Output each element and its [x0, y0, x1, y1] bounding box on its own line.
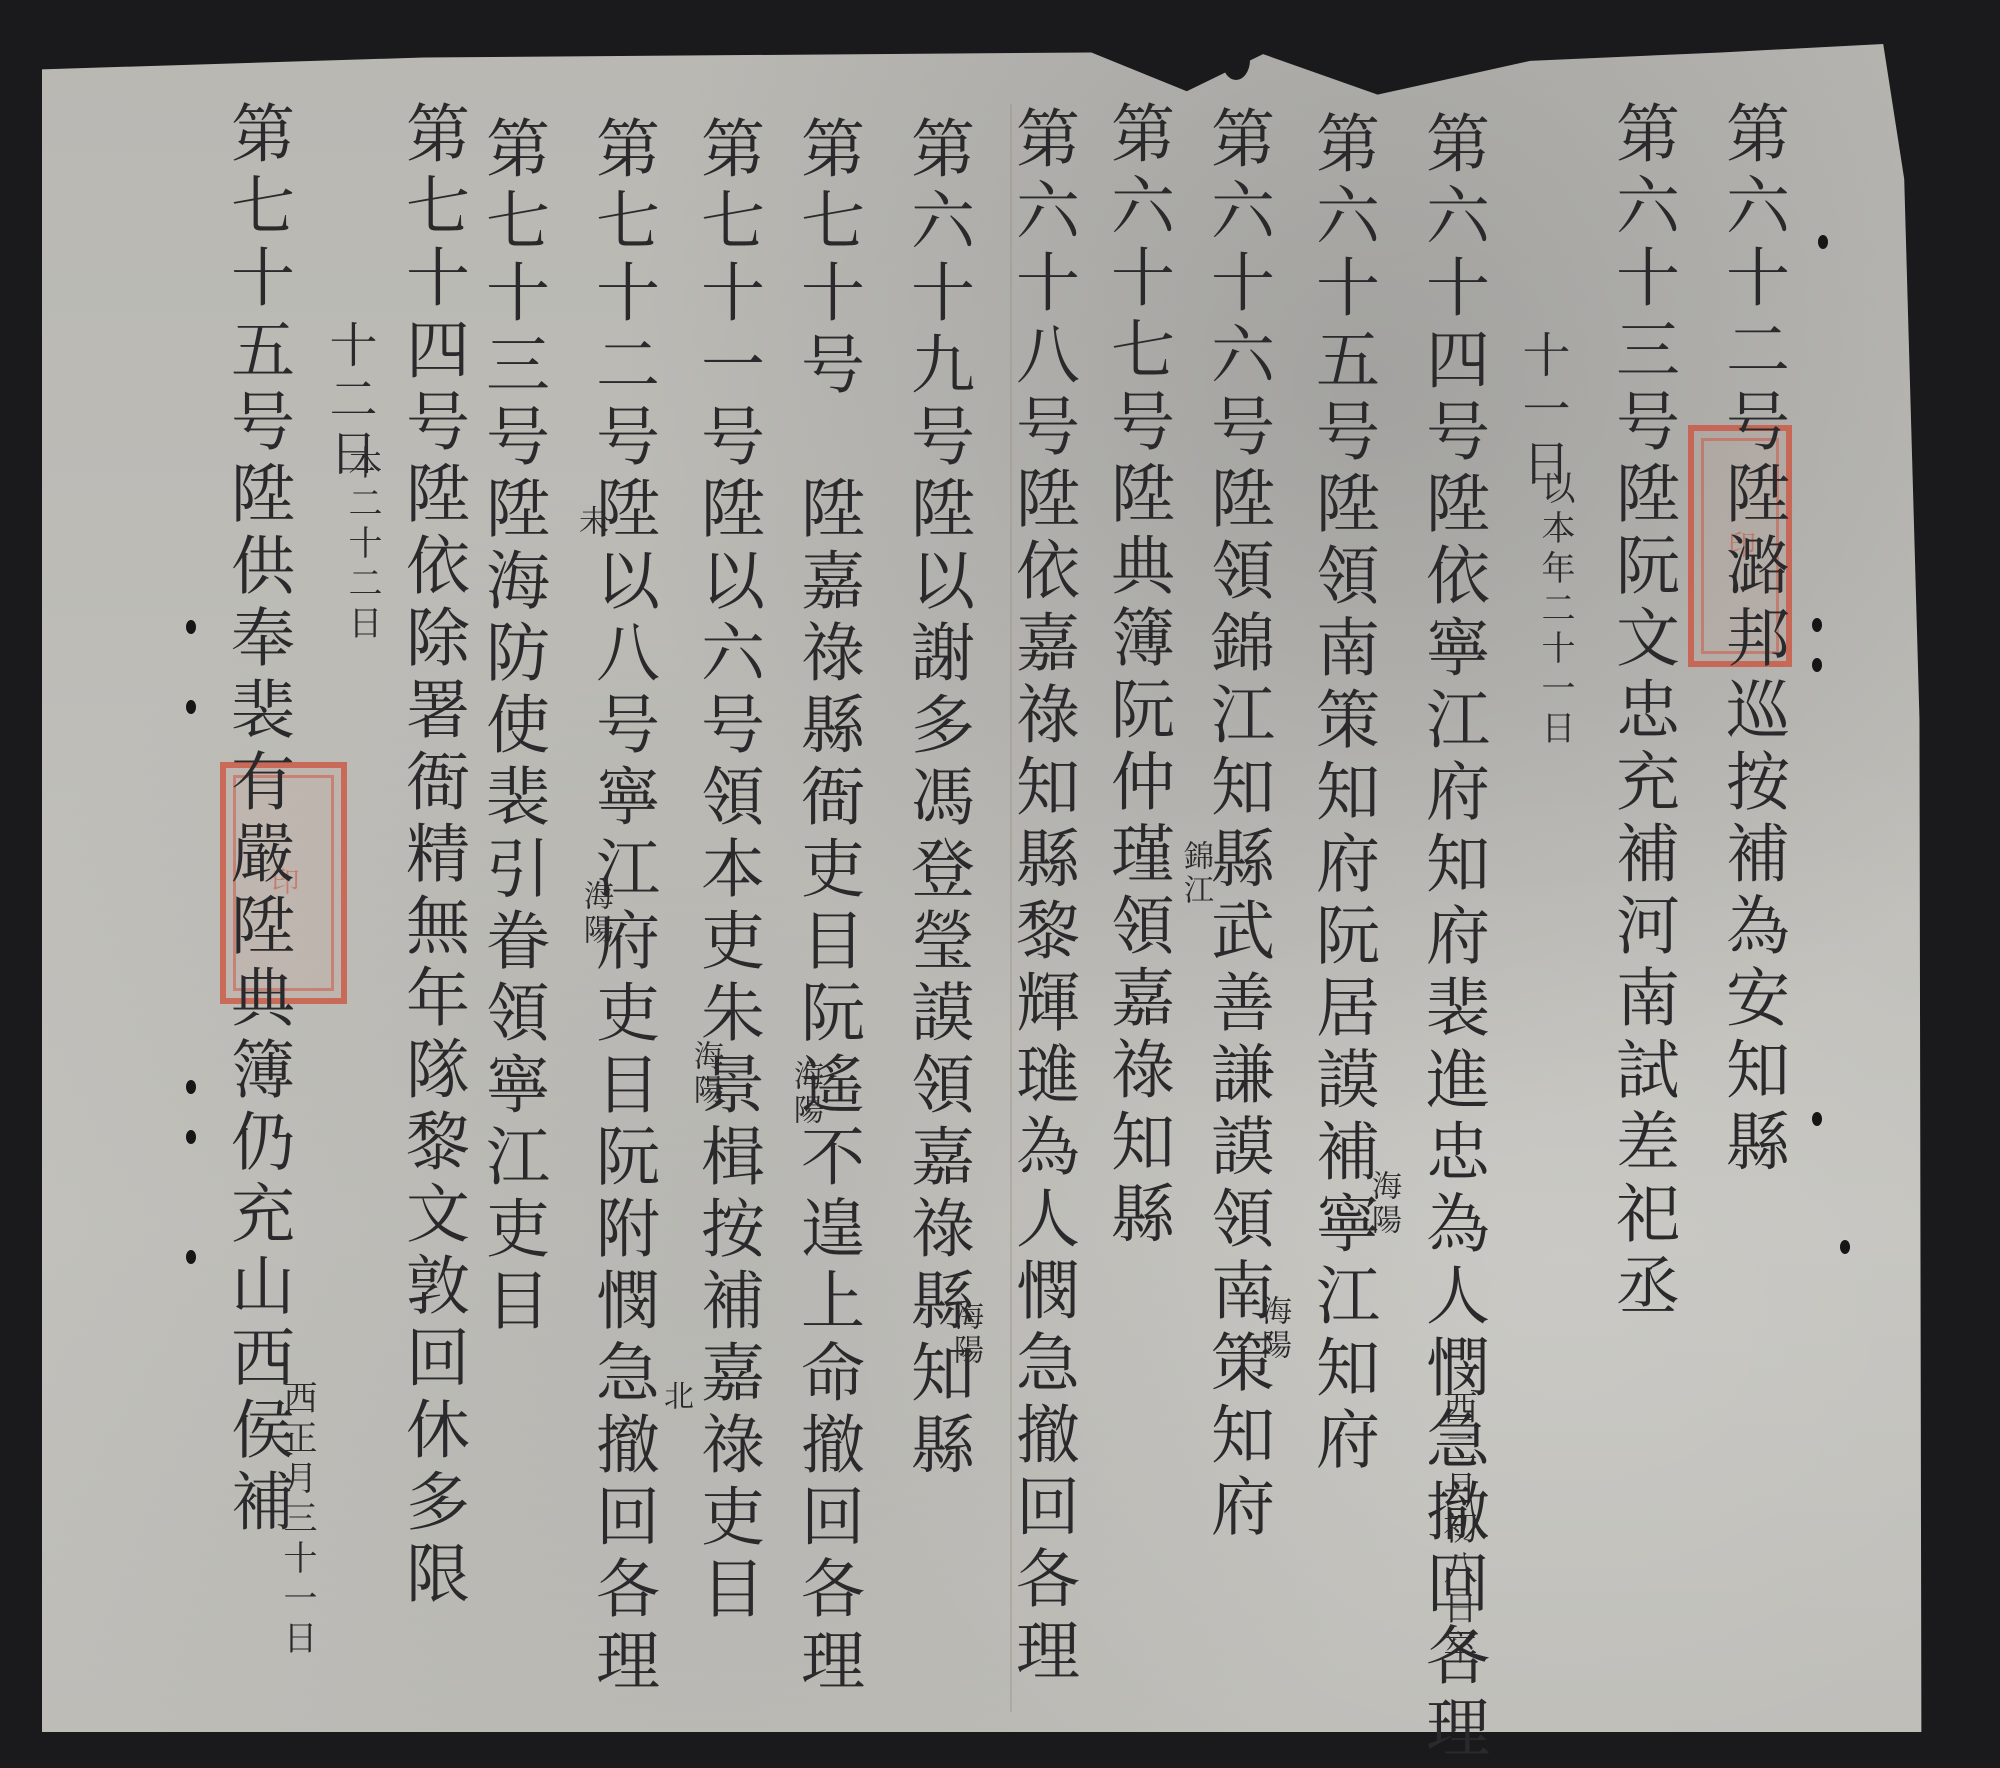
entry-73: 第七十三号陞海防使裴引眷領寧江吏目 — [480, 115, 544, 1339]
binding-hole — [1812, 658, 1822, 672]
entry-72-note: 北 — [660, 1380, 690, 1414]
entry-73-note-2: 未 — [575, 505, 605, 539]
entry-63: 第六十三号陞阮文忠充補河南試差祀丞 — [1610, 100, 1674, 1324]
binding-hole — [186, 1080, 196, 1094]
entry-67: 第六十七号陞典簿阮仲瑾領嘉祿知縣 — [1105, 100, 1169, 1252]
binding-hole — [1840, 1240, 1850, 1254]
entry-69-note: 海陽 — [950, 1300, 980, 1368]
binding-hole — [1812, 1112, 1822, 1126]
binding-hole — [186, 620, 196, 634]
binding-hole — [1818, 235, 1828, 249]
entry-67-note: 錦江 — [1180, 840, 1210, 908]
entry-70: 第七十号 陞嘉祿縣衙吏目阮遙不遑上命撤回各理 — [795, 115, 859, 1699]
entry-75-note: 西正月三十一日 — [280, 1380, 314, 1660]
entry-75: 第七十五号陞供奉裴有嚴陞典簿仍充山西侯補 — [225, 100, 289, 1540]
entry-73-note: 海陽 — [580, 880, 610, 948]
entry-66-note: 海陽 — [1258, 1295, 1288, 1363]
entry-62: 第六十二号陞潞邦巡按補為安知縣 — [1720, 100, 1784, 1180]
date-11th-note: 以本年二十一日 — [1538, 470, 1572, 750]
entry-70-note: 海陽 — [790, 1060, 820, 1128]
binding-hole — [186, 1130, 196, 1144]
entry-74: 第七十四号陞依除署衙精無年隊黎文敦回休多限 — [400, 100, 464, 1612]
entry-65-note: 海陽 — [1368, 1170, 1398, 1238]
entry-71: 第七十一号陞以六号領本吏朱景楫按補嘉祿吏目 — [695, 115, 759, 1627]
entry-64-note: 西二月初八日卒 — [1440, 1390, 1474, 1670]
entry-65: 第六十五号陞領南策知府阮居謨補寧江知府 — [1310, 110, 1374, 1478]
entry-68: 第六十八号陞依嘉祿知縣黎輝璡為人憫急撤回各理 — [1010, 105, 1074, 1689]
entry-69: 第六十九号陞以謝多馮登瑩謨領嘉祿縣知縣 — [905, 115, 969, 1483]
binding-hole — [1812, 618, 1822, 632]
date-11th: 十一日 — [1518, 330, 1566, 492]
date-12th-note: 本二十二日 — [345, 445, 379, 645]
paper-tear — [1222, 40, 1250, 80]
binding-hole — [186, 1250, 196, 1264]
binding-hole — [186, 700, 196, 714]
entry-71-note: 海陽 — [690, 1040, 720, 1108]
